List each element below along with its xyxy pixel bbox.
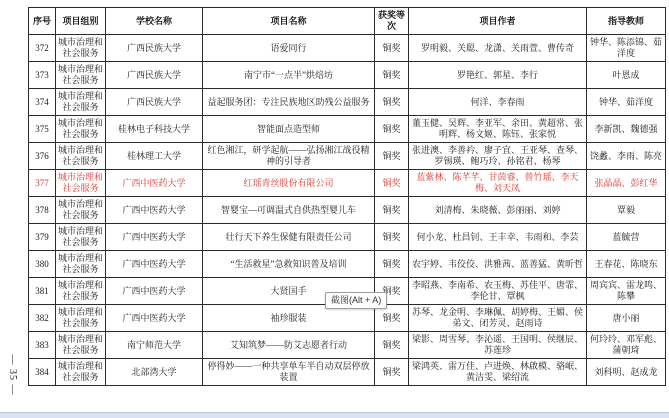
cell-award: 铜奖 — [375, 89, 409, 116]
cell-school: 广西民族大学 — [106, 62, 203, 89]
cell-group: 城市治理和社会服务 — [56, 62, 106, 89]
cell-no: 383 — [29, 332, 56, 359]
table-header-row: 序号项目组别学校名称项目名称获奖等次项目作者指导教师 — [29, 8, 666, 35]
cell-authors: 蓝紫林、陈芊芊、甘茵睿、曾竹瑶、李天梅、刘天凤 — [409, 170, 587, 197]
cell-authors: 梁鸿英、雷万佳、卢进焕、林啟模、骆岷、黄洁雯、梁绍流 — [409, 359, 587, 386]
cell-award: 铜奖 — [375, 197, 409, 224]
table-row: 376城市治理和社会服务桂林理工大学红色湘江，研学起航——弘扬湘江战役精神的引导… — [29, 143, 666, 170]
cell-advisors: 刘科明、赵成龙 — [587, 359, 666, 386]
cell-no: 382 — [29, 305, 56, 332]
cell-award: 铜奖 — [375, 251, 409, 278]
cell-authors: 何洋、李春雨 — [409, 89, 587, 116]
cell-authors: 董玉健、吴辉、李亚军、余田、黄超常、张明辉、杨文姬、陈钰、张家悦 — [409, 116, 587, 143]
cell-award: 铜奖 — [375, 35, 409, 62]
cell-project: 壮行天下养生保健有限责任公司 — [203, 224, 375, 251]
cell-group: 城市治理和社会服务 — [56, 170, 106, 197]
cell-project: 智婴宝—可调温式自供热型婴儿车 — [203, 197, 375, 224]
table-row: 380城市治理和社会服务广西中医药大学“生活救星”急救知识普及培训铜奖农宇婷、韦… — [29, 251, 666, 278]
cell-advisors: 李新凯、魏德强 — [587, 116, 666, 143]
table-body: 372城市治理和社会服务广西民族大学语爱同行铜奖罗明毅、关聪、龙潇、关雨萱、曹传… — [29, 35, 666, 386]
column-header: 指导教师 — [587, 8, 666, 35]
cell-project: 南宁市“一点半”烘焙坊 — [203, 62, 375, 89]
cell-authors: 罗明毅、关聪、龙潇、关雨萱、曹传奇 — [409, 35, 587, 62]
cell-project: 艾知筑梦——防艾志愿者行动 — [203, 332, 375, 359]
table-row: 383城市治理和社会服务南宁师范大学艾知筑梦——防艾志愿者行动铜奖梁影、周雪琴、… — [29, 332, 666, 359]
cell-school: 广西中医药大学 — [106, 305, 203, 332]
column-header: 序号 — [29, 8, 56, 35]
cell-no: 376 — [29, 143, 56, 170]
cell-school: 广西民族大学 — [106, 89, 203, 116]
cell-authors: 农宇婷、韦佼佼、洪雅茜、蓝善猛、黄昕哲 — [409, 251, 587, 278]
cell-no: 384 — [29, 359, 56, 386]
cell-school: 广西中医药大学 — [106, 170, 203, 197]
cell-school: 北部湾大学 — [106, 359, 203, 386]
cell-group: 城市治理和社会服务 — [56, 116, 106, 143]
cell-award: 铜奖 — [375, 143, 409, 170]
cell-authors: 刘清梅、朱晓薇、彭丽丽、刘婷 — [409, 197, 587, 224]
cell-group: 城市治理和社会服务 — [56, 359, 106, 386]
cell-no: 372 — [29, 35, 56, 62]
cell-project: 语爱同行 — [203, 35, 375, 62]
cell-advisors: 饶蠡、李雨、陈亮 — [587, 143, 666, 170]
cell-advisors: 钟华、茹洋度 — [587, 89, 666, 116]
table-row: 377城市治理和社会服务广西中医药大学红瑶青丝股份有限公司铜奖蓝紫林、陈芊芊、甘… — [29, 170, 666, 197]
cell-authors: 张进澳、李善衿、廖子宜、王亚琴、查琴、罗锡瑛、鲍巧玲、孙铭君、杨琴 — [409, 143, 587, 170]
cell-school: 广西中医药大学 — [106, 224, 203, 251]
cell-project: 停得妙——一种共享单车半自动双层停放装置 — [203, 359, 375, 386]
cell-authors: 何小龙、杜昌钊、王丰幸、韦雨和、李芸 — [409, 224, 587, 251]
column-header: 获奖等次 — [375, 8, 409, 35]
cell-no: 379 — [29, 224, 56, 251]
cell-advisors: 周宾宾、雷龙鸣、陈攀 — [587, 278, 666, 305]
cell-advisors: 叶恩成 — [587, 62, 666, 89]
cell-no: 375 — [29, 116, 56, 143]
cell-group: 城市治理和社会服务 — [56, 35, 106, 62]
cell-advisors: 唐小丽 — [587, 305, 666, 332]
cell-no: 381 — [29, 278, 56, 305]
cell-award: 铜奖 — [375, 224, 409, 251]
cell-school: 广西中医药大学 — [106, 197, 203, 224]
column-header: 项目名称 — [203, 8, 375, 35]
screenshot-tooltip: 截图(Alt + A) — [325, 292, 387, 309]
cell-advisors: 王春花、陈晓东 — [587, 251, 666, 278]
cell-advisors: 覃毅 — [587, 197, 666, 224]
cell-advisors: 钟华、陈添锦、茹洋度 — [587, 35, 666, 62]
cell-award: 铜奖 — [375, 359, 409, 386]
cell-school: 桂林理工大学 — [106, 143, 203, 170]
cell-no: 374 — [29, 89, 56, 116]
table-row: 378城市治理和社会服务广西中医药大学智婴宝—可调温式自供热型婴儿车铜奖刘清梅、… — [29, 197, 666, 224]
cell-authors: 梁影、周雪琴、李沁遥、王国明、侯继辰、苏莲珍 — [409, 332, 587, 359]
cell-group: 城市治理和社会服务 — [56, 224, 106, 251]
cell-advisors: 蓝毓营 — [587, 224, 666, 251]
cell-project: 益起服务团：专注民族地区助残公益服务 — [203, 89, 375, 116]
cell-award: 铜奖 — [375, 62, 409, 89]
cell-award: 铜奖 — [375, 116, 409, 143]
cell-no: 378 — [29, 197, 56, 224]
bottom-window-strip — [0, 412, 669, 418]
cell-no: 377 — [29, 170, 56, 197]
table-row: 384城市治理和社会服务北部湾大学停得妙——一种共享单车半自动双层停放装置铜奖梁… — [29, 359, 666, 386]
cell-project: “生活救星”急救知识普及培训 — [203, 251, 375, 278]
cell-group: 城市治理和社会服务 — [56, 143, 106, 170]
cell-no: 380 — [29, 251, 56, 278]
cell-group: 城市治理和社会服务 — [56, 278, 106, 305]
cell-no: 373 — [29, 62, 56, 89]
cell-group: 城市治理和社会服务 — [56, 332, 106, 359]
cell-project: 红色湘江，研学起航——弘扬湘江战役精神的引导者 — [203, 143, 375, 170]
cell-school: 广西中医药大学 — [106, 278, 203, 305]
table-row: 374城市治理和社会服务广西民族大学益起服务团：专注民族地区助残公益服务铜奖何洋… — [29, 89, 666, 116]
cell-award: 铜奖 — [375, 332, 409, 359]
table-row: 379城市治理和社会服务广西中医药大学壮行天下养生保健有限责任公司铜奖何小龙、杜… — [29, 224, 666, 251]
cell-school: 南宁师范大学 — [106, 332, 203, 359]
cell-group: 城市治理和社会服务 — [56, 305, 106, 332]
cell-authors: 苏琴、龙金明、李琳佩、胡婷梅、王媚、侯弟文、闭芳灵、赵雨诗 — [409, 305, 587, 332]
cell-project: 红瑶青丝股份有限公司 — [203, 170, 375, 197]
cell-authors: 罗艳红、郭星、李行 — [409, 62, 587, 89]
table-row: 373城市治理和社会服务广西民族大学南宁市“一点半”烘焙坊铜奖罗艳红、郭星、李行… — [29, 62, 666, 89]
cell-school: 广西中医药大学 — [106, 251, 203, 278]
column-header: 项目组别 — [56, 8, 106, 35]
award-results-table: 序号项目组别学校名称项目名称获奖等次项目作者指导教师 372城市治理和社会服务广… — [28, 7, 666, 386]
cell-authors: 李昭燕、李南希、农玉梅、苏佳平、唐霏、李伦甘、覃枫 — [409, 278, 587, 305]
cell-project: 智能面点造型师 — [203, 116, 375, 143]
cell-group: 城市治理和社会服务 — [56, 251, 106, 278]
cell-school: 广西民族大学 — [106, 35, 203, 62]
table-row: 372城市治理和社会服务广西民族大学语爱同行铜奖罗明毅、关聪、龙潇、关雨萱、曹传… — [29, 35, 666, 62]
cell-school: 桂林电子科技大学 — [106, 116, 203, 143]
cell-advisors: 何玲玲、邓军彪、蒲朝琦 — [587, 332, 666, 359]
table-row: 375城市治理和社会服务桂林电子科技大学智能面点造型师铜奖董玉健、吴辉、李亚军、… — [29, 116, 666, 143]
document-page: — 35 — 序号项目组别学校名称项目名称获奖等次项目作者指导教师 372城市治… — [0, 0, 669, 418]
page-number: — 35 — — [4, 340, 18, 410]
cell-award: 铜奖 — [375, 170, 409, 197]
cell-group: 城市治理和社会服务 — [56, 89, 106, 116]
column-header: 学校名称 — [106, 8, 203, 35]
column-header: 项目作者 — [409, 8, 587, 35]
cell-group: 城市治理和社会服务 — [56, 197, 106, 224]
cell-advisors: 张晶晶、彭红华 — [587, 170, 666, 197]
